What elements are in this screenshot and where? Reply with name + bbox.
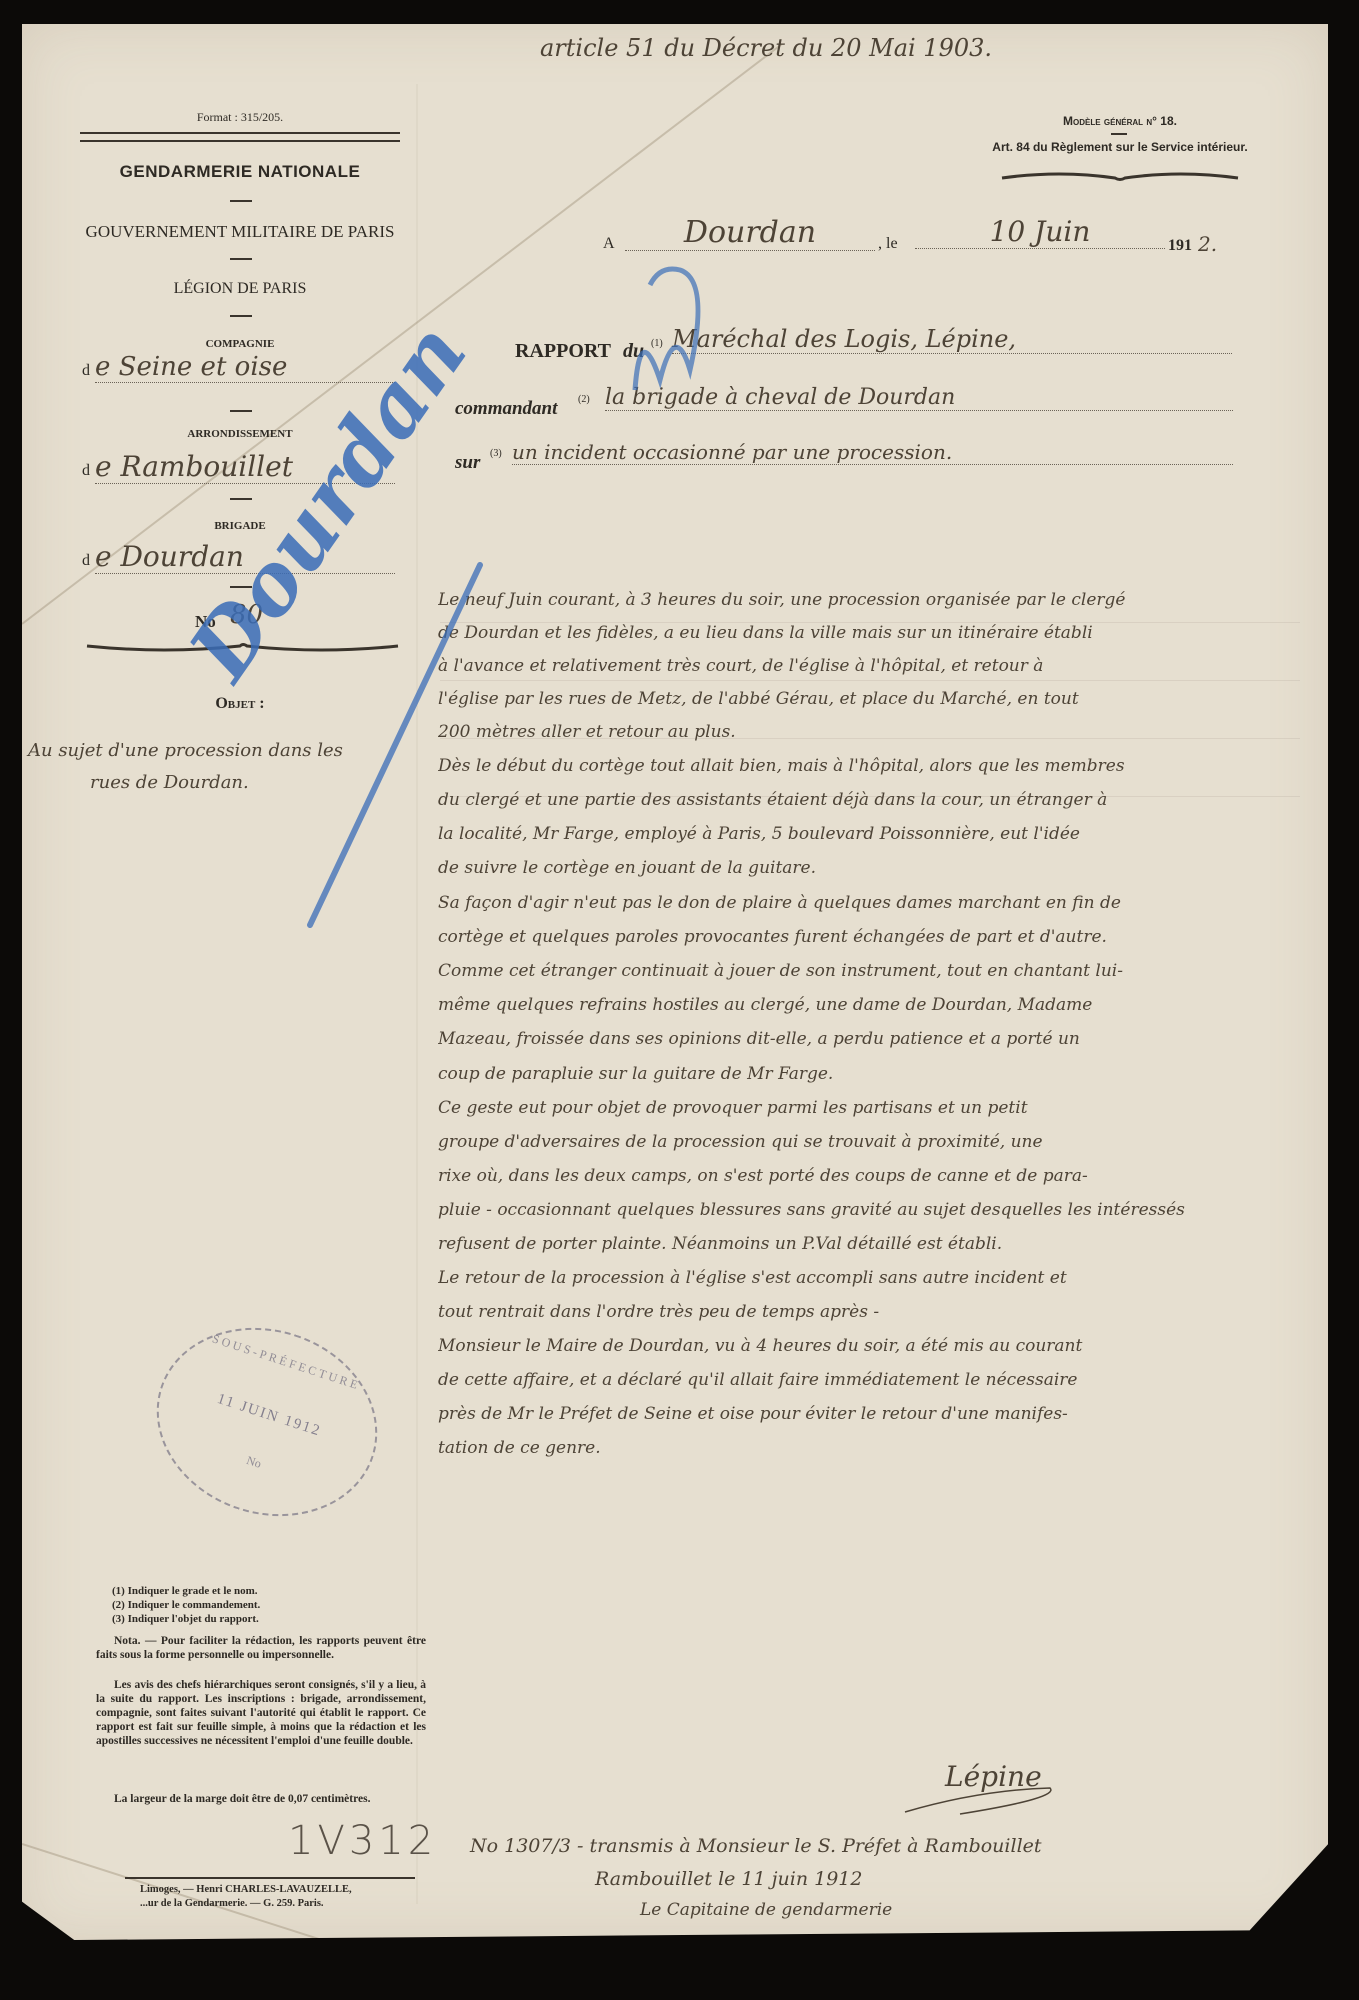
body-line: Sa façon d'agir n'eut pas le don de plai… [438,889,1288,918]
object-line-1: Au sujet d'une procession dans les [28,740,343,761]
body-line: Le retour de la procession à l'église s'… [438,1264,1288,1293]
divider [230,410,252,412]
body-line: tout rentrait dans l'ordre très peu de t… [438,1298,1288,1327]
body-line: Ce geste eut pour objet de provoquer par… [438,1094,1288,1123]
rapport-label: RAPPORT [515,340,611,363]
sur-label: sur [455,452,480,474]
reporter-field: Maréchal des Logis, Lépine, [672,325,1232,354]
body-line: Comme cet étranger continuait à jouer de… [438,957,1288,986]
year-printed: 191 [1168,237,1192,255]
sur-footnote-ref: (3) [490,448,502,459]
legion-title: LÉGION DE PARIS [80,280,400,298]
body-line: pluie - occasionnant quelques blessures … [438,1196,1288,1225]
printer-line-2: ...ur de la Gendarmerie. — G. 259. Paris… [140,1898,324,1909]
nota-paragraph-2: Les avis des chefs hiérarchiques seront … [96,1678,426,1748]
body-line: de cette affaire, et a déclaré qu'il all… [438,1366,1288,1395]
transmittal-line-3: Le Capitaine de gendarmerie [640,1900,892,1920]
nota-paragraph: Nota. — Pour faciliter la rédaction, les… [96,1634,426,1662]
divider [230,258,252,260]
year-handwritten: 2. [1198,232,1217,256]
ornament-rule [1000,170,1240,186]
model-label: Modèle général n° 18. [990,114,1250,128]
body-line: groupe d'adversaires de la procession qu… [438,1128,1288,1157]
org-title: GENDARMERIE NATIONALE [80,162,400,182]
date-le-label: , le [878,235,898,253]
body-line: du clergé et une partie des assistants é… [438,786,1288,815]
body-line: rixe où, dans les deux camps, on s'est p… [438,1162,1288,1191]
blue-pencil-scribble [620,260,740,400]
transmittal-line-2: Rambouillet le 11 juin 1912 [595,1868,862,1890]
nota-paragraph-3: La largeur de la marge doit être de 0,07… [96,1792,426,1806]
body-line: l'église par les rues de Metz, de l'abbé… [438,685,1288,714]
company-field: e Seine et oise [95,352,395,383]
body-line: tation de ce genre. [438,1434,1288,1463]
body-line: la localité, Mr Farge, employé à Paris, … [438,820,1288,849]
body-line: cortège et quelques paroles provocantes … [438,923,1288,952]
object-line-2: rues de Dourdan. [90,772,249,793]
body-line: près de Mr le Préfet de Seine et oise po… [438,1400,1288,1429]
archive-code: 1V312 [288,1818,437,1864]
body-line: même quelques refrains hostiles au clerg… [438,991,1288,1020]
company-prefix: d [82,362,90,380]
regulation-label: Art. 84 du Règlement sur le Service inté… [990,140,1250,155]
divider [230,200,252,202]
footnote-2: (2) Indiquer le commandement. [112,1598,260,1612]
body-line: de Dourdan et les fidèles, a eu lieu dan… [438,619,1288,648]
body-line: à l'avance et relativement très court, d… [438,652,1288,681]
body-line: refusent de porter plainte. Néanmoins un… [438,1230,1288,1259]
body-line: 200 mètres aller et retour au plus. [438,718,1288,747]
place-a-label: A [603,235,615,253]
footnote-list: (1) Indiquer le grade et le nom. (2) Ind… [112,1584,260,1626]
footnote-3: (3) Indiquer l'objet du rapport. [112,1612,260,1626]
printer-line-1: Limoges, — Henri CHARLES-LAVAUZELLE, [140,1884,352,1895]
body-line: Monsieur le Maire de Dourdan, vu à 4 heu… [438,1332,1288,1361]
model-dash [1111,133,1127,135]
body-line: Dès le début du cortège tout allait bien… [438,752,1288,781]
blue-pencil-stroke [300,555,500,935]
company-label: COMPAGNIE [80,338,400,350]
top-annotation: article 51 du Décret du 20 Mai 1903. [540,34,992,62]
body-line: coup de parapluie sur la guitare de Mr F… [438,1060,1288,1089]
body-line: Le neuf Juin courant, à 3 heures du soir… [438,586,1288,615]
footer-rule [125,1877,415,1879]
body-line: de suivre le cortège en jouant de la gui… [438,854,1288,883]
divider [230,498,252,500]
header-rule [80,132,400,142]
date-field: 10 Juin [915,215,1165,249]
place-field: Dourdan [625,215,875,251]
commandant-footnote-ref: (2) [578,394,590,405]
body-line: Mazeau, froissée dans ses opinions dit-e… [438,1025,1288,1054]
arrondissement-prefix: d [82,462,90,480]
divider [230,315,252,317]
commandant-label: commandant [455,398,557,420]
government-title: GOUVERNEMENT MILITAIRE DE PARIS [80,222,400,242]
footnote-1: (1) Indiquer le grade et le nom. [112,1584,260,1598]
brigade-prefix: d [82,552,90,570]
format-label: Format : 315/205. [80,110,400,125]
subject-field: un incident occasionné par une processio… [512,440,1233,465]
signature-flourish [900,1780,1060,1820]
transmittal-line-1: No 1307/3 - transmis à Monsieur le S. Pr… [470,1835,1042,1857]
